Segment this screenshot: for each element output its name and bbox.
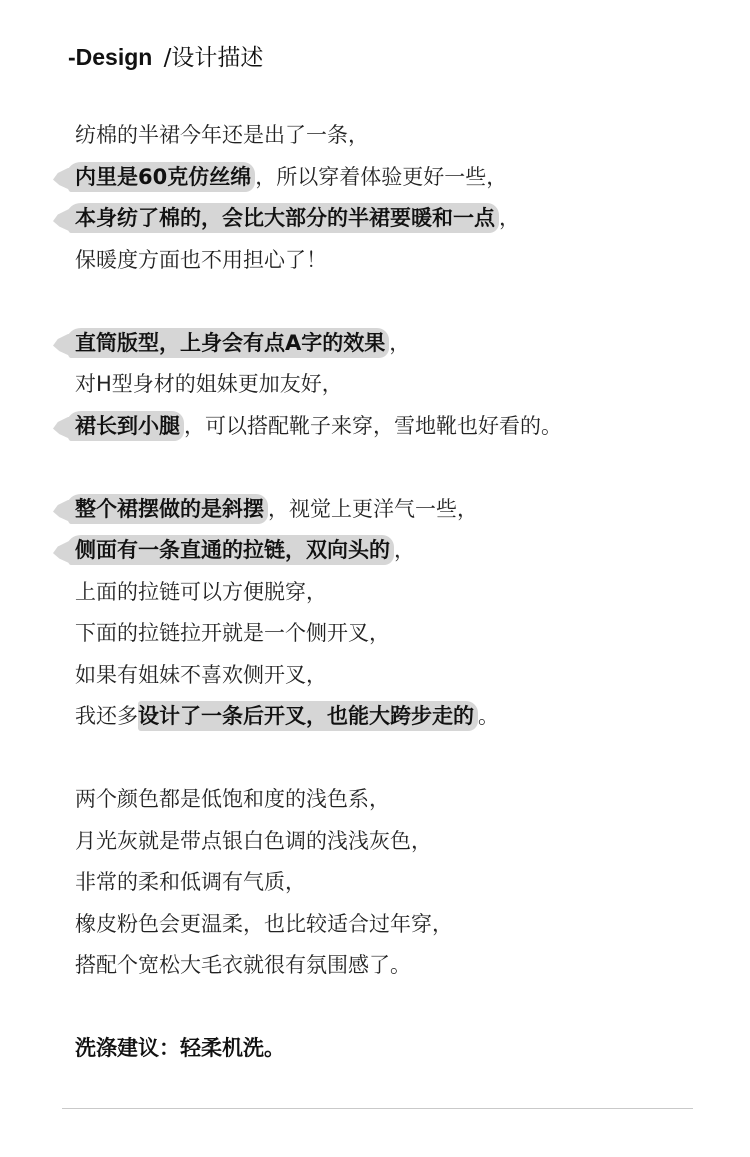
- text-segment: ，所以穿着体验更好一些，: [255, 165, 507, 189]
- text-segment: ，: [394, 538, 415, 562]
- text-line: 下面的拉链拉开就是一个侧开叉，: [75, 613, 715, 655]
- text-segment: 我还多: [75, 704, 138, 728]
- text-segment: ，可以搭配靴子来穿，雪地靴也好看的。: [184, 414, 562, 438]
- text-line: 整个裙摆做的是斜摆，视觉上更洋气一些，: [75, 489, 715, 531]
- text-line: 我还多设计了一条后开叉，也能大跨步走的。: [75, 696, 715, 738]
- text-line: 保暖度方面也不用担心了！: [75, 240, 715, 282]
- text-segment: 非常的柔和低调有气质，: [75, 870, 306, 894]
- paragraph-gap: [75, 447, 715, 489]
- text-line: 月光灰就是带点银白色调的浅浅灰色，: [75, 821, 715, 863]
- text-line: 纺棉的半裙今年还是出了一条，: [75, 115, 715, 157]
- text-segment: 橡皮粉色会更温柔，也比较适合过年穿，: [75, 912, 453, 936]
- divider: [62, 1108, 693, 1109]
- text-line: 两个颜色都是低饱和度的浅色系，: [75, 779, 715, 821]
- text-line: 对H型身材的姐妹更加友好，: [75, 364, 715, 406]
- highlighted-text: 整个裙摆做的是斜摆: [67, 494, 268, 524]
- highlighted-text: 直筒版型，上身会有点A字的效果: [67, 328, 389, 358]
- paragraph-gap: [75, 281, 715, 323]
- text-segment: 搭配个宽松大毛衣就很有氛围感了。: [75, 953, 411, 977]
- highlighted-text: 设计了一条后开叉，也能大跨步走的: [138, 701, 478, 731]
- title-english: -Design: [68, 44, 152, 70]
- text-line: 搭配个宽松大毛衣就很有氛围感了。: [75, 945, 715, 987]
- text-line: 橡皮粉色会更温柔，也比较适合过年穿，: [75, 904, 715, 946]
- text-line: 非常的柔和低调有气质，: [75, 862, 715, 904]
- text-line: 侧面有一条直通的拉链，双向头的，: [75, 530, 715, 572]
- text-segment: 保暖度方面也不用担心了！: [75, 248, 327, 272]
- text-line: 如果有姐妹不喜欢侧开叉，: [75, 655, 715, 697]
- text-segment: ，: [389, 331, 410, 355]
- text-segment: 下面的拉链拉开就是一个侧开叉，: [75, 621, 390, 645]
- washing-instructions: 洗涤建议：轻柔机洗。: [75, 1028, 715, 1070]
- text-segment: 纺棉的半裙今年还是出了一条，: [75, 123, 369, 147]
- paragraph-gap: [75, 738, 715, 780]
- text-line: 内里是60克仿丝绵，所以穿着体验更好一些，: [75, 157, 715, 199]
- text-segment: 两个颜色都是低饱和度的浅色系，: [75, 787, 390, 811]
- highlighted-text: 内里是60克仿丝绵: [67, 162, 255, 192]
- text-line: 裙长到小腿，可以搭配靴子来穿，雪地靴也好看的。: [75, 406, 715, 448]
- text-segment: 。: [478, 704, 499, 728]
- text-line: 上面的拉链可以方便脱穿，: [75, 572, 715, 614]
- text-line: 直筒版型，上身会有点A字的效果，: [75, 323, 715, 365]
- text-segment: 如果有姐妹不喜欢侧开叉，: [75, 663, 327, 687]
- section-title: -Design /设计描述: [68, 42, 263, 73]
- text-segment: 月光灰就是带点银白色调的浅浅灰色，: [75, 829, 432, 853]
- highlighted-text: 侧面有一条直通的拉链，双向头的: [67, 535, 394, 565]
- design-description: 纺棉的半裙今年还是出了一条，内里是60克仿丝绵，所以穿着体验更好一些，本身纺了棉…: [75, 115, 715, 1070]
- highlighted-text: 裙长到小腿: [67, 411, 184, 441]
- text-line: 本身纺了棉的，会比大部分的半裙要暖和一点，: [75, 198, 715, 240]
- text-segment: ，: [499, 206, 520, 230]
- title-chinese: /设计描述: [164, 45, 264, 71]
- text-segment: 对H型身材的姐妹更加友好，: [75, 372, 343, 396]
- highlighted-text: 本身纺了棉的，会比大部分的半裙要暖和一点: [67, 203, 499, 233]
- text-segment: ，视觉上更洋气一些，: [268, 497, 478, 521]
- text-segment: 上面的拉链可以方便脱穿，: [75, 580, 327, 604]
